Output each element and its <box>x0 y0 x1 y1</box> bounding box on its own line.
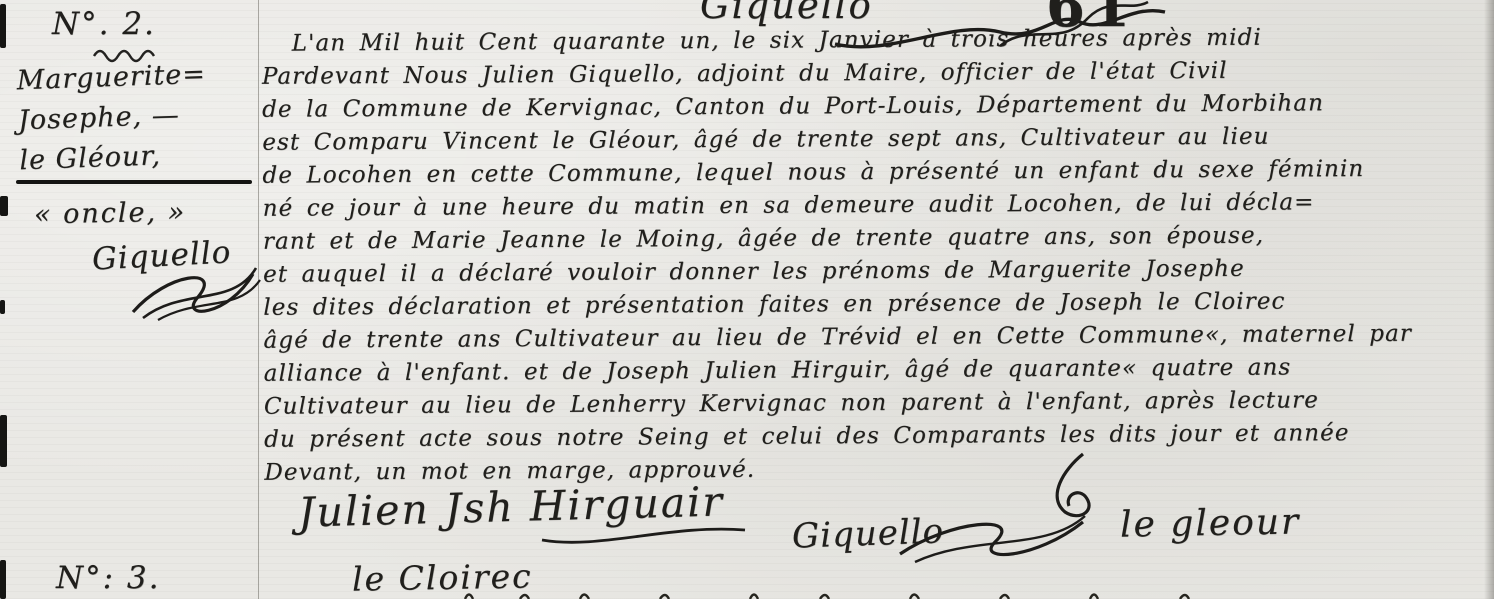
child-name-line: Josephe, — <box>17 95 208 142</box>
inserted-word-note: « oncle, » <box>34 197 187 231</box>
scan-edge-artifact <box>0 300 5 314</box>
cut-off-next-act-strokes <box>460 590 1240 599</box>
signature-father: le gleour <box>1120 501 1301 545</box>
act-body-text: L'an Mil huit Cent quarante un, le six J… <box>262 20 1493 489</box>
scanned-register-page: { "page": { "paper_color": "#e9e8e4", "i… <box>0 0 1494 599</box>
next-act-number: N°: 3. <box>56 560 161 596</box>
child-name-margin: Marguerite= Josephe, — le Gléour, <box>16 55 209 182</box>
child-name-line: le Gléour, <box>19 135 210 182</box>
officer-signature-paraph <box>895 512 1090 567</box>
scan-edge-artifact <box>0 4 6 48</box>
scan-edge-artifact <box>0 415 7 467</box>
scan-edge-artifact <box>0 196 8 216</box>
scan-edge-artifact <box>0 560 6 599</box>
margin-signature-paraph <box>128 262 263 322</box>
margin-divider-rule <box>16 180 252 184</box>
child-name-line: Marguerite= <box>16 55 207 102</box>
witness-signature-underline-flourish <box>540 520 750 550</box>
act-number: N°. 2. <box>52 6 156 42</box>
